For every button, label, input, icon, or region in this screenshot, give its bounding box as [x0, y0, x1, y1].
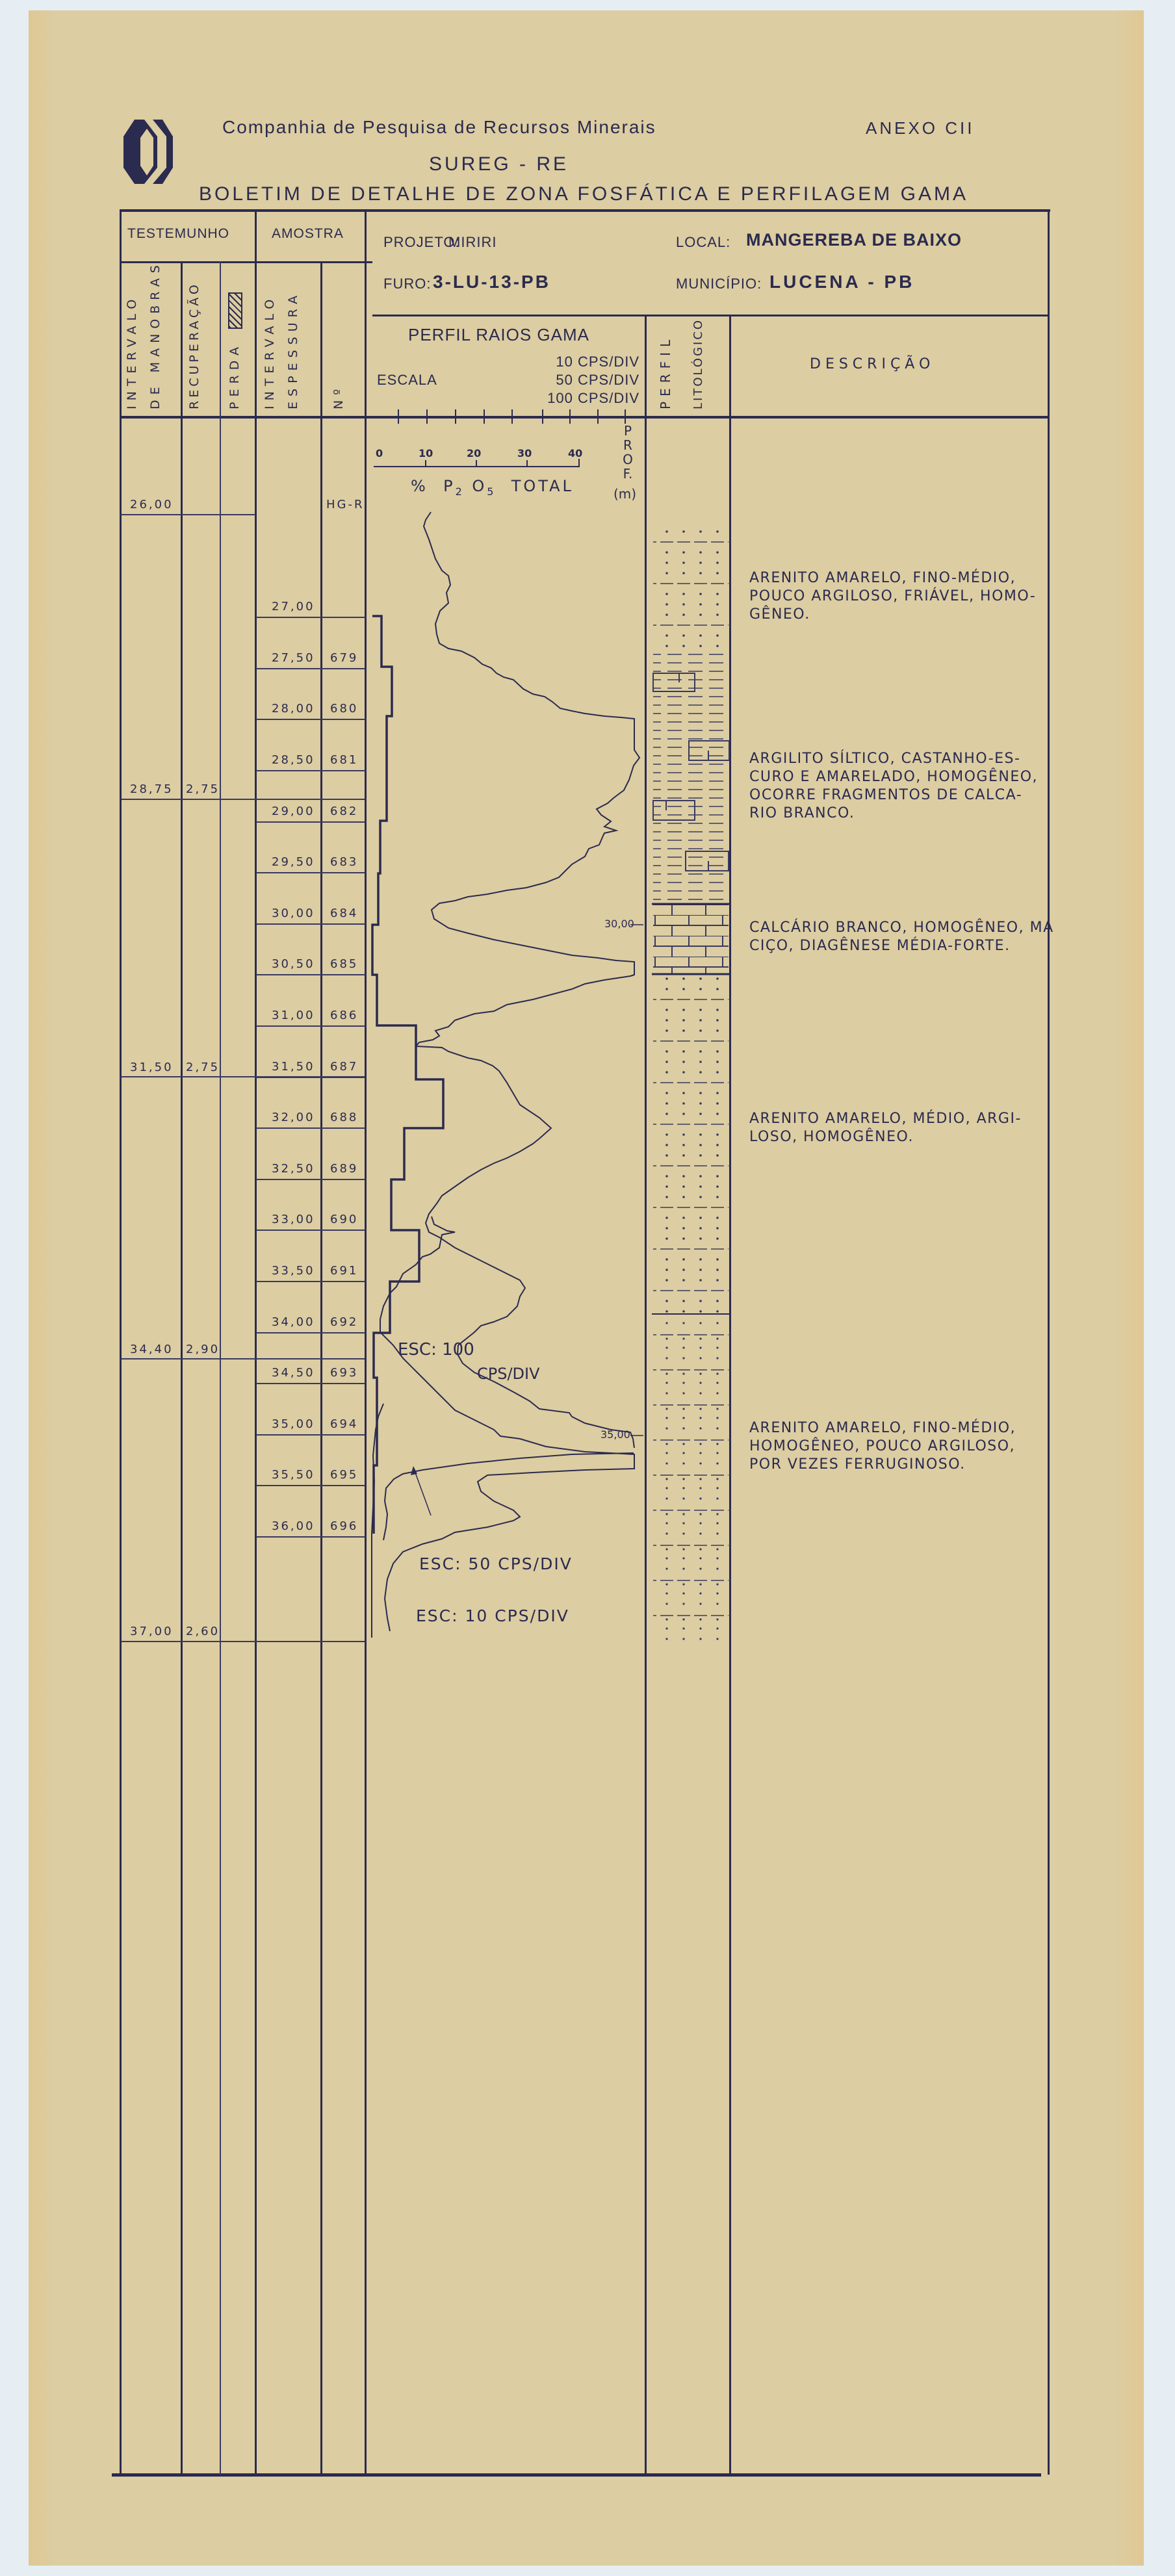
intervalo-manobras-header-2: DE MANOBRAS: [148, 268, 162, 409]
sample-row-line: [256, 974, 365, 975]
sample-depth: 32,50: [272, 1162, 315, 1176]
sample-depth: 34,50: [272, 1366, 315, 1380]
description-line: HOMOGÊNEO, POUCO ARGILOSO,: [749, 1437, 1048, 1456]
col-divider-recuperacao: [220, 261, 221, 2475]
description-line: POR VEZES FERRUGINOSO.: [749, 1456, 1048, 1474]
manobra-depth: 28,75: [130, 782, 174, 796]
sample-number: 687: [330, 1060, 358, 1074]
sample-number: 683: [330, 855, 358, 869]
description-unit-2: ARGILITO SÍLTICO, CASTANHO-ES- CURO E AM…: [749, 750, 1048, 823]
description-line: ARENITO AMARELO, FINO-MÉDIO,: [749, 569, 1048, 587]
description-line: RIO BRANCO.: [749, 805, 1048, 823]
p2o5-tick-0: 0: [376, 447, 383, 459]
sample-depth: 32,00: [272, 1111, 315, 1124]
description-line: CIÇO, DIAGÊNESE MÉDIA-FORTE.: [749, 937, 1048, 955]
table-bottom-border: [112, 2473, 1041, 2477]
document-title: BOLETIM DE DETALHE DE ZONA FOSFÁTICA E P…: [199, 183, 968, 205]
p2o5-label-2: 2: [456, 485, 465, 498]
sample-row-line: [256, 1536, 365, 1538]
p2o5-label-5: 5: [487, 485, 496, 498]
p2o5-tick-30: 30: [517, 447, 532, 459]
sample-number: 694: [330, 1417, 358, 1431]
numero-header: Nº: [331, 338, 346, 409]
description-line: POUCO ARGILOSO, FRIÁVEL, HOMO-: [749, 587, 1048, 606]
descricao-header: DESCRIÇÃO: [810, 356, 935, 372]
manobra-recovery: 2,90: [186, 1343, 220, 1356]
sample-number: 682: [330, 805, 358, 818]
manobra-depth: 31,50: [130, 1061, 174, 1074]
col-divider-amostra: [365, 209, 367, 2475]
perda-hatch-icon: [228, 292, 242, 329]
p2o5-label-o: O: [472, 477, 487, 495]
sample-row-line: [256, 1077, 365, 1078]
sample-number: HG-R: [326, 498, 365, 511]
sample-row-line: [256, 923, 365, 925]
projeto-value: MIRIRI: [448, 234, 497, 251]
sample-number: 692: [330, 1315, 358, 1329]
sample-number: 688: [330, 1111, 358, 1124]
intervalo-manobras-header-1: INTERVALO: [125, 268, 139, 409]
manobra-line-26: [121, 514, 255, 515]
p2o5-tick-20: 20: [467, 447, 481, 459]
col-divider-perfil-gama: [645, 315, 647, 2475]
sample-row-line: [256, 668, 365, 669]
sample-row-line: [256, 617, 365, 618]
p2o5-tick-40: 40: [568, 447, 582, 459]
header-bottom-border: [121, 416, 1049, 419]
manobra-depth: 34,40: [130, 1343, 174, 1356]
intervalo-espessura-header-2: ESPESSURA: [286, 268, 300, 409]
region-label: SUREG - RE: [429, 153, 569, 175]
description-line: GÊNEO.: [749, 606, 1048, 624]
manobra-recovery: 2,75: [186, 782, 220, 796]
table-right-border: [1048, 209, 1050, 2475]
sample-number: 690: [330, 1213, 358, 1226]
description-unit-4: ARENITO AMARELO, MÉDIO, ARGI- LOSO, HOMO…: [749, 1110, 1048, 1146]
p2o5-axis-label: % P2 O5 TOTAL: [411, 477, 574, 498]
esc100-label-b: CPS/DIV: [477, 1365, 540, 1383]
amostra-header: AMOSTRA: [272, 226, 344, 242]
perda-header: PERDA: [227, 338, 242, 409]
col-divider-intervalo: [320, 261, 322, 2475]
sample-row-line: [256, 1485, 365, 1486]
sample-depth: 29,00: [272, 805, 315, 818]
description-line: ARENITO AMARELO, MÉDIO, ARGI-: [749, 1110, 1048, 1128]
sample-depth: 28,50: [272, 753, 315, 767]
sample-row-line: [256, 719, 365, 720]
manobra-recovery: 2,60: [186, 1625, 220, 1638]
sample-row-line: [256, 1230, 365, 1231]
sample-depth: 29,50: [272, 855, 315, 869]
sample-depth: 36,00: [272, 1519, 315, 1533]
sample-number: 686: [330, 1009, 358, 1022]
testemunho-header: TESTEMUNHO: [127, 226, 229, 242]
depth-marker-30: 30,00: [604, 918, 634, 930]
sample-row-line: [256, 1179, 365, 1180]
manobra-depth: 26,00: [130, 498, 174, 511]
manobra-line-3700: [121, 1641, 365, 1642]
table-top-border: [121, 209, 1050, 212]
sample-row-line: [256, 872, 365, 873]
description-unit-1: ARENITO AMARELO, FINO-MÉDIO, POUCO ARGIL…: [749, 569, 1048, 624]
sample-number: 681: [330, 753, 358, 767]
description-line: CALCÁRIO BRANCO, HOMOGÊNEO, MA: [749, 919, 1048, 937]
description-unit-3: CALCÁRIO BRANCO, HOMOGÊNEO, MA CIÇO, DIA…: [749, 919, 1048, 955]
sample-depth: 31,50: [272, 1060, 315, 1074]
sample-depth: 34,00: [272, 1315, 315, 1329]
litologico-header: LITOLÓGICO: [691, 318, 705, 409]
sample-row-line: [256, 1383, 365, 1384]
municipio-label: MUNICÍPIO:: [676, 276, 762, 292]
info-divider: [372, 315, 1049, 316]
sample-number: 680: [330, 702, 358, 715]
manobra-line-2875: [121, 799, 365, 800]
sample-row-line: [256, 1281, 365, 1282]
sample-number: 691: [330, 1264, 358, 1278]
sample-number: 684: [330, 907, 358, 920]
prof-unit: (m): [613, 486, 636, 502]
esc10-label: ESC: 10 CPS/DIV: [416, 1606, 569, 1625]
sample-depth: 31,00: [272, 1009, 315, 1022]
sample-row-line: [256, 821, 365, 823]
description-line: ARENITO AMARELO, FINO-MÉDIO,: [749, 1419, 1048, 1437]
company-name: Companhia de Pesquisa de Recursos Minera…: [222, 117, 656, 138]
sample-number: 685: [330, 957, 358, 971]
sample-number: 689: [330, 1162, 358, 1176]
sample-number: 679: [330, 651, 358, 665]
esc100-label-a: ESC: 100: [398, 1340, 474, 1359]
sample-depth: 33,00: [272, 1213, 315, 1226]
scale-10-label: 10 CPS/DIV: [530, 354, 639, 370]
annex-label: ANEXO CII: [866, 118, 974, 138]
escala-label: ESCALA: [377, 372, 437, 389]
perfil-header: PERFIL: [658, 338, 673, 409]
recuperacao-header: RECUPERAÇÃO: [187, 279, 201, 409]
table-left-border: [120, 209, 122, 2475]
local-label: LOCAL:: [676, 234, 730, 251]
description-line: OCORRE FRAGMENTOS DE CALCA-: [749, 786, 1048, 805]
furo-value: 3-LU-13-PB: [433, 272, 550, 292]
description-line: ARGILITO SÍLTICO, CASTANHO-ES-: [749, 750, 1048, 768]
sample-row-line: [256, 1127, 365, 1129]
depth-marker-35: 35,00: [600, 1428, 630, 1441]
manobra-depth: 37,00: [130, 1625, 174, 1638]
prof-label: PROF.: [621, 424, 634, 481]
sample-row-line: [256, 770, 365, 771]
p2o5-label-total: TOTAL: [511, 477, 574, 495]
municipio-value: LUCENA - PB: [769, 272, 914, 292]
p2o5-label-pct: %: [411, 477, 428, 495]
sample-depth: 35,50: [272, 1468, 315, 1482]
col-divider-manobras: [181, 261, 183, 2475]
manobra-line-3440: [121, 1358, 365, 1359]
sample-number: 695: [330, 1468, 358, 1482]
description-line: LOSO, HOMOGÊNEO.: [749, 1128, 1048, 1146]
furo-label: FURO:: [383, 276, 431, 292]
esc50-label: ESC: 50 CPS/DIV: [419, 1554, 573, 1573]
scale-50-label: 50 CPS/DIV: [530, 372, 639, 389]
sample-depth: 28,00: [272, 702, 315, 715]
sample-depth: 30,00: [272, 907, 315, 920]
perfil-raios-gama-header: PERFIL RAIOS GAMA: [408, 325, 589, 345]
intervalo-espessura-header-1: INTERVALO: [263, 268, 277, 409]
sample-number: 696: [330, 1519, 358, 1533]
sample-depth: 33,50: [272, 1264, 315, 1278]
p2o5-tick-10: 10: [419, 447, 433, 459]
sample-row-line: [256, 1434, 365, 1436]
p2o5-label-p: P: [443, 477, 455, 495]
description-unit-5: ARENITO AMARELO, FINO-MÉDIO, HOMOGÊNEO, …: [749, 1419, 1048, 1474]
col-divider-testemunho: [255, 209, 257, 2475]
sample-row-line: [256, 1025, 365, 1027]
local-value: MANGEREBA DE BAIXO: [746, 230, 962, 250]
col-divider-litologico: [729, 315, 731, 2475]
sample-depth: 27,00: [272, 600, 315, 613]
manobra-recovery: 2,75: [186, 1061, 220, 1074]
sample-depth: 35,00: [272, 1417, 315, 1431]
scale-100-label: 100 CPS/DIV: [530, 390, 639, 407]
description-line: CURO E AMARELADO, HOMOGÊNEO,: [749, 768, 1048, 786]
sample-row-line: [256, 1332, 365, 1333]
sample-number: 693: [330, 1366, 358, 1380]
sample-depth: 27,50: [272, 651, 315, 665]
sample-depth: 30,50: [272, 957, 315, 971]
